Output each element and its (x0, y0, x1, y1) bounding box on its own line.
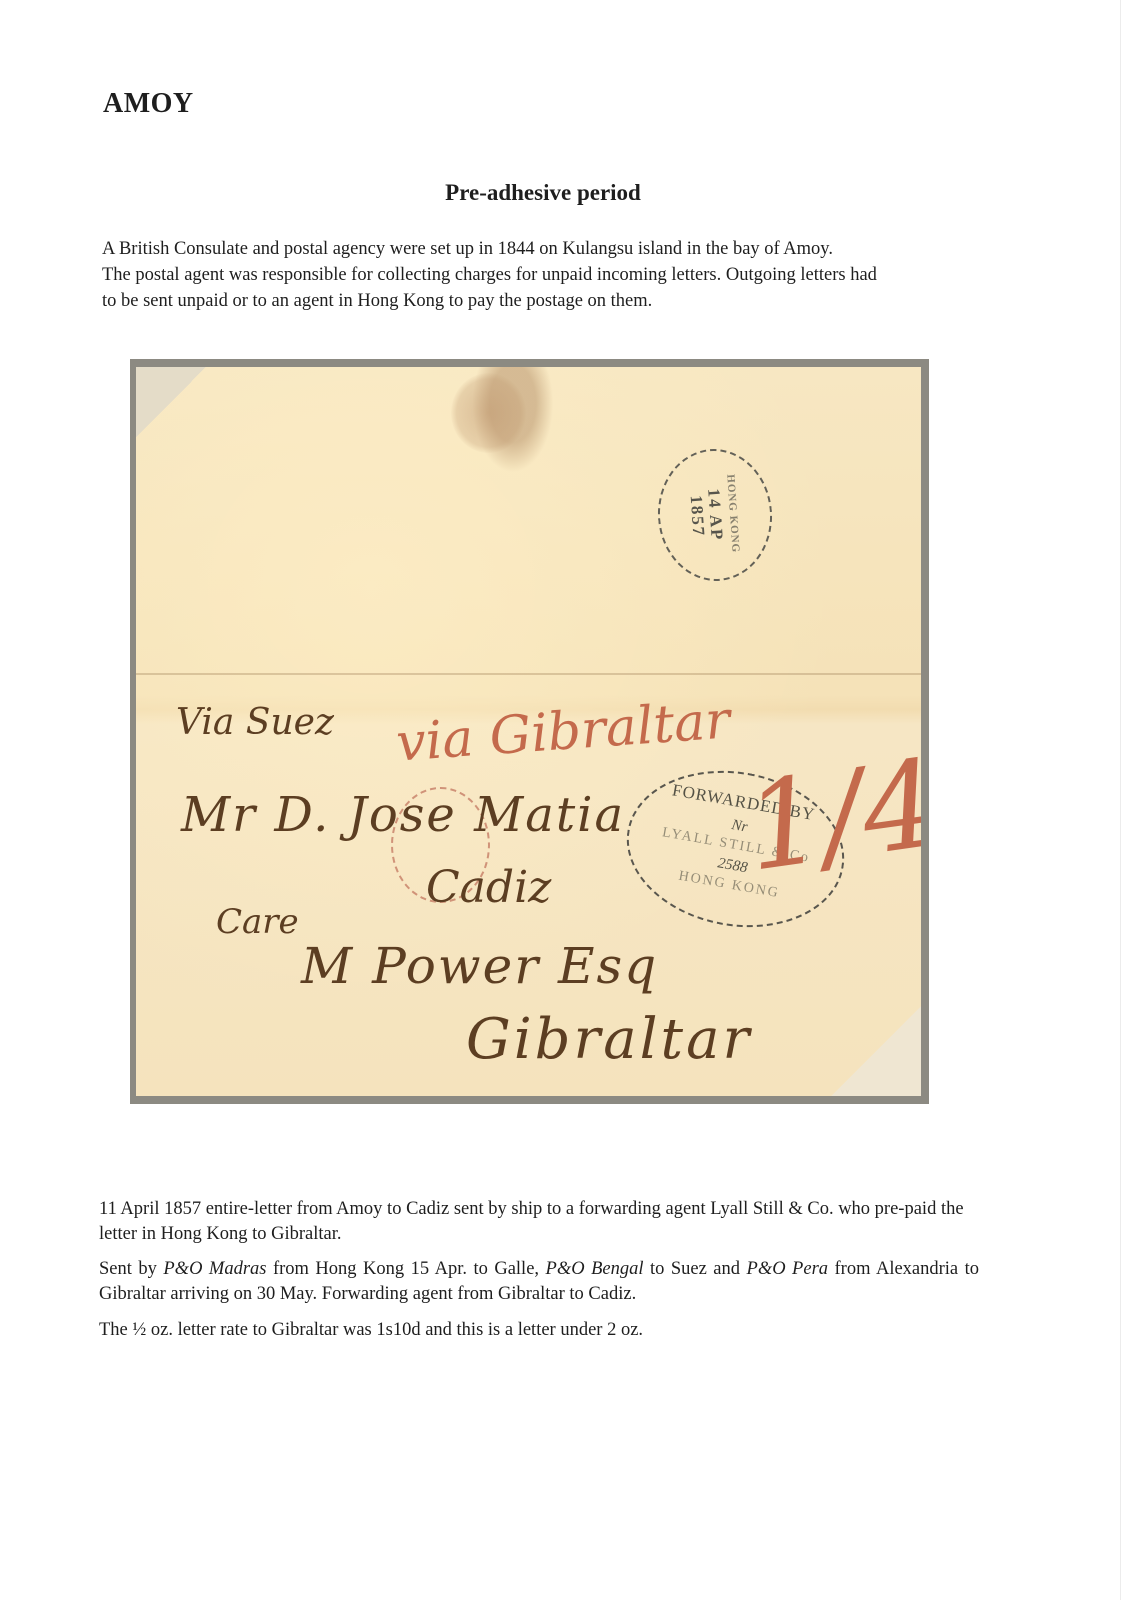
handwriting-care: Care (216, 902, 299, 942)
caption-paragraph-2: Sent by P&O Madras from Hong Kong 15 Apr… (99, 1257, 979, 1307)
handwriting-city: Cadiz (426, 862, 551, 913)
page-subtitle: Pre-adhesive period (0, 180, 1086, 206)
backstamp-text: HONG KONG 14 AP 1857 (685, 474, 744, 557)
page-edge (1120, 0, 1121, 1600)
page-title: AMOY (103, 88, 194, 120)
fold-line (136, 673, 921, 675)
cover-scan-frame: HONG KONG 14 AP 1857 FORWARDED BY Nr LYA… (130, 359, 929, 1104)
intro-line: A British Consulate and postal agency we… (102, 236, 982, 262)
hong-kong-backstamp: HONG KONG 14 AP 1857 (654, 445, 777, 585)
handwriting-destination: Gibraltar (466, 1007, 752, 1072)
entire-letter-cover: HONG KONG 14 AP 1857 FORWARDED BY Nr LYA… (136, 367, 921, 1096)
intro-line: The postal agent was responsible for col… (102, 262, 982, 288)
handwriting-rate-marking: 1/4 (737, 734, 921, 899)
handwriting-via-suez: Via Suez (176, 702, 334, 743)
wax-seal-mark (451, 373, 526, 453)
handwriting-care-of: M Power Esq (301, 937, 658, 995)
caption-paragraph-3: The ½ oz. letter rate to Gibraltar was 1… (99, 1318, 979, 1343)
caption-paragraph-1: 11 April 1857 entire-letter from Amoy to… (99, 1197, 979, 1247)
ship-name: P&O Madras (163, 1259, 266, 1279)
handwriting-addressee: Mr D. Jose Matia (181, 787, 625, 843)
ship-name: P&O Pera (747, 1259, 829, 1279)
ship-name: P&O Bengal (546, 1259, 644, 1279)
intro-paragraph: A British Consulate and postal agency we… (102, 236, 982, 314)
handwriting-via-gibraltar: via Gibraltar (394, 690, 732, 773)
intro-line: to be sent unpaid or to an agent in Hong… (102, 288, 982, 314)
